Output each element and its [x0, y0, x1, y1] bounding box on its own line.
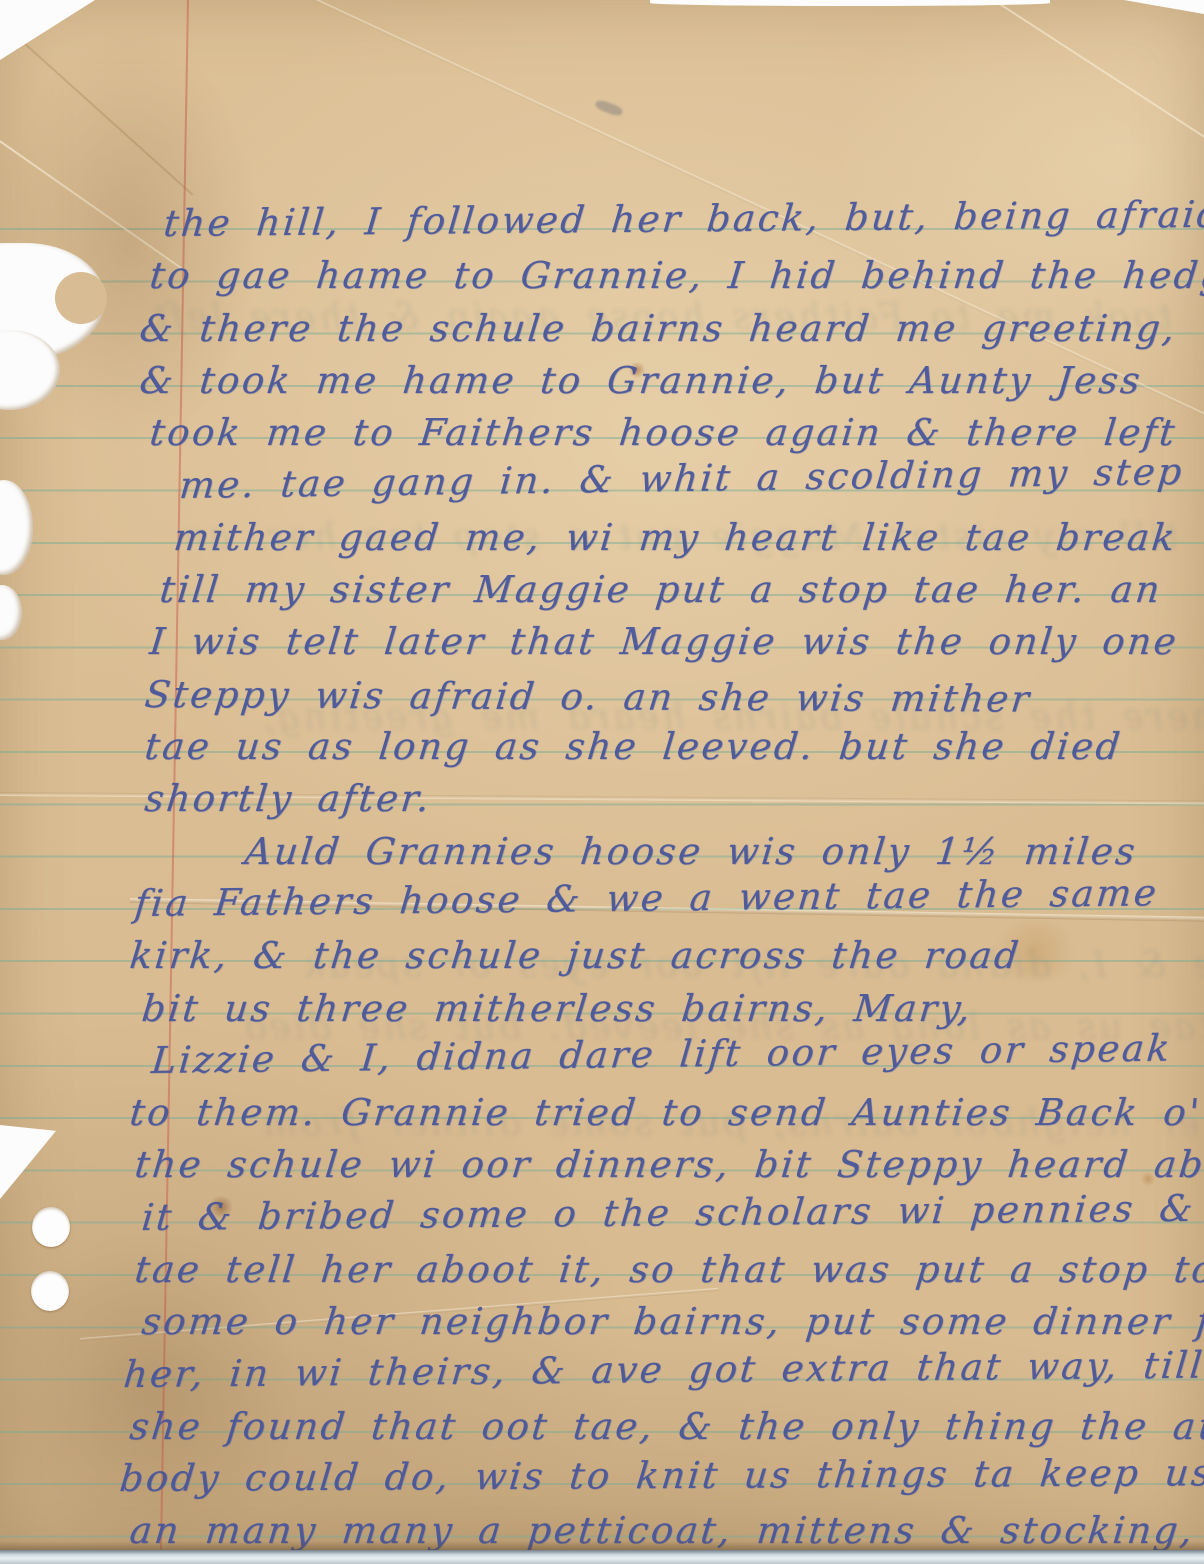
- handwritten-line: some o her neighbor bairns, put some din…: [140, 1303, 1204, 1340]
- handwritten-line: till my sister Maggie put a stop tae her…: [158, 571, 1164, 608]
- handwritten-line: the schule wi oor dinners, bit Steppy he…: [133, 1146, 1204, 1183]
- scanned-letter-page: took me to Faithers hoose again & there …: [0, 0, 1204, 1564]
- handwritten-line: kirk, & the schule just across the road: [128, 937, 1023, 974]
- punch-hole: [32, 1207, 70, 1247]
- paper-sheet: took me to Faithers hoose again & there …: [0, 0, 1204, 1550]
- handwritten-line: it & bribed some o the scholars wi penni…: [140, 1188, 1204, 1236]
- paper-crease: [979, 0, 1204, 155]
- handwritten-line: body could do, wis to knit us things ta …: [118, 1454, 1204, 1497]
- handwritten-line: to them. Grannie tried to send Aunties B…: [128, 1094, 1203, 1131]
- punch-hole: [31, 1271, 69, 1311]
- handwritten-line: an many many a petticoat, mittens & stoc…: [128, 1512, 1204, 1549]
- paper-crease: [0, 20, 193, 195]
- torn-corner: [0, 0, 95, 60]
- handwritten-line: tae us as long as she leeved. but she di…: [143, 728, 1124, 765]
- handwritten-line: Auld Grannies hoose wis only 1½ miles: [243, 833, 1139, 870]
- pencil-mark: [594, 99, 624, 118]
- paper-fragment: [55, 272, 107, 324]
- handwritten-line: & there the schule bairns heard me greet…: [138, 310, 1179, 347]
- handwritten-line: bit us three mitherless bairns, Mary,: [140, 990, 974, 1027]
- handwritten-line: she found that oot tae, & the only thing…: [128, 1408, 1204, 1445]
- handwritten-line: tae tell her aboot it, so that was put a…: [133, 1251, 1204, 1288]
- scanner-bed-edge: [0, 1550, 1204, 1564]
- torn-corner: [1124, 0, 1204, 14]
- handwritten-line: shortly after.: [143, 780, 433, 817]
- handwritten-line: mither gaed me, wi my heart like tae bre…: [172, 519, 1179, 556]
- handwritten-line: her, in wi theirs, & ave got extra that …: [122, 1347, 1204, 1393]
- handwritten-line: took me to Faithers hoose again & there …: [148, 414, 1179, 451]
- handwritten-line: fia Fathers hoose & we a went tae the sa…: [133, 874, 1160, 922]
- handwritten-line: to gae hame to Grannie, I hid behind the…: [148, 257, 1204, 294]
- torn-top-edge: [650, 0, 1050, 6]
- handwritten-line: the hill, I followed her back, but, bein…: [162, 196, 1204, 242]
- handwritten-line: & took me hame to Grannie, but Aunty Jes…: [138, 362, 1144, 399]
- handwritten-line: Steppy wis afraid o. an she wis mither: [143, 676, 1033, 718]
- handwritten-line: I wis telt later that Maggie wis the onl…: [148, 623, 1180, 660]
